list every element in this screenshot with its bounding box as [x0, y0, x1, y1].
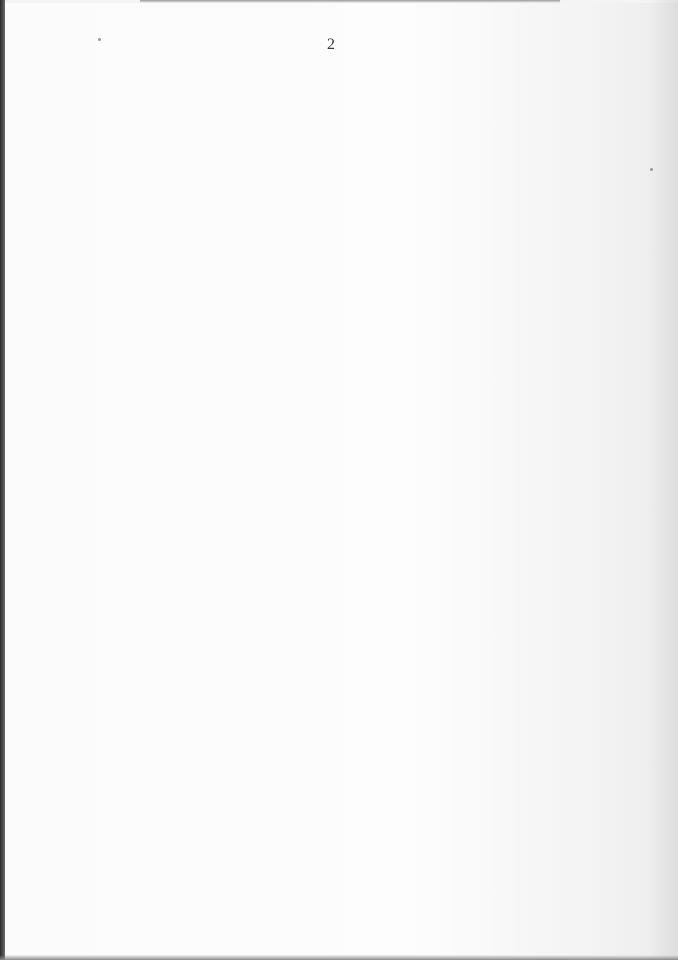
- page-number: 2: [327, 36, 335, 54]
- paper-page: [5, 3, 678, 955]
- scan-speck: [650, 168, 653, 171]
- scan-speck: [98, 38, 101, 41]
- paper-right-shadow: [648, 0, 678, 960]
- scan-bottom-edge: [0, 955, 678, 960]
